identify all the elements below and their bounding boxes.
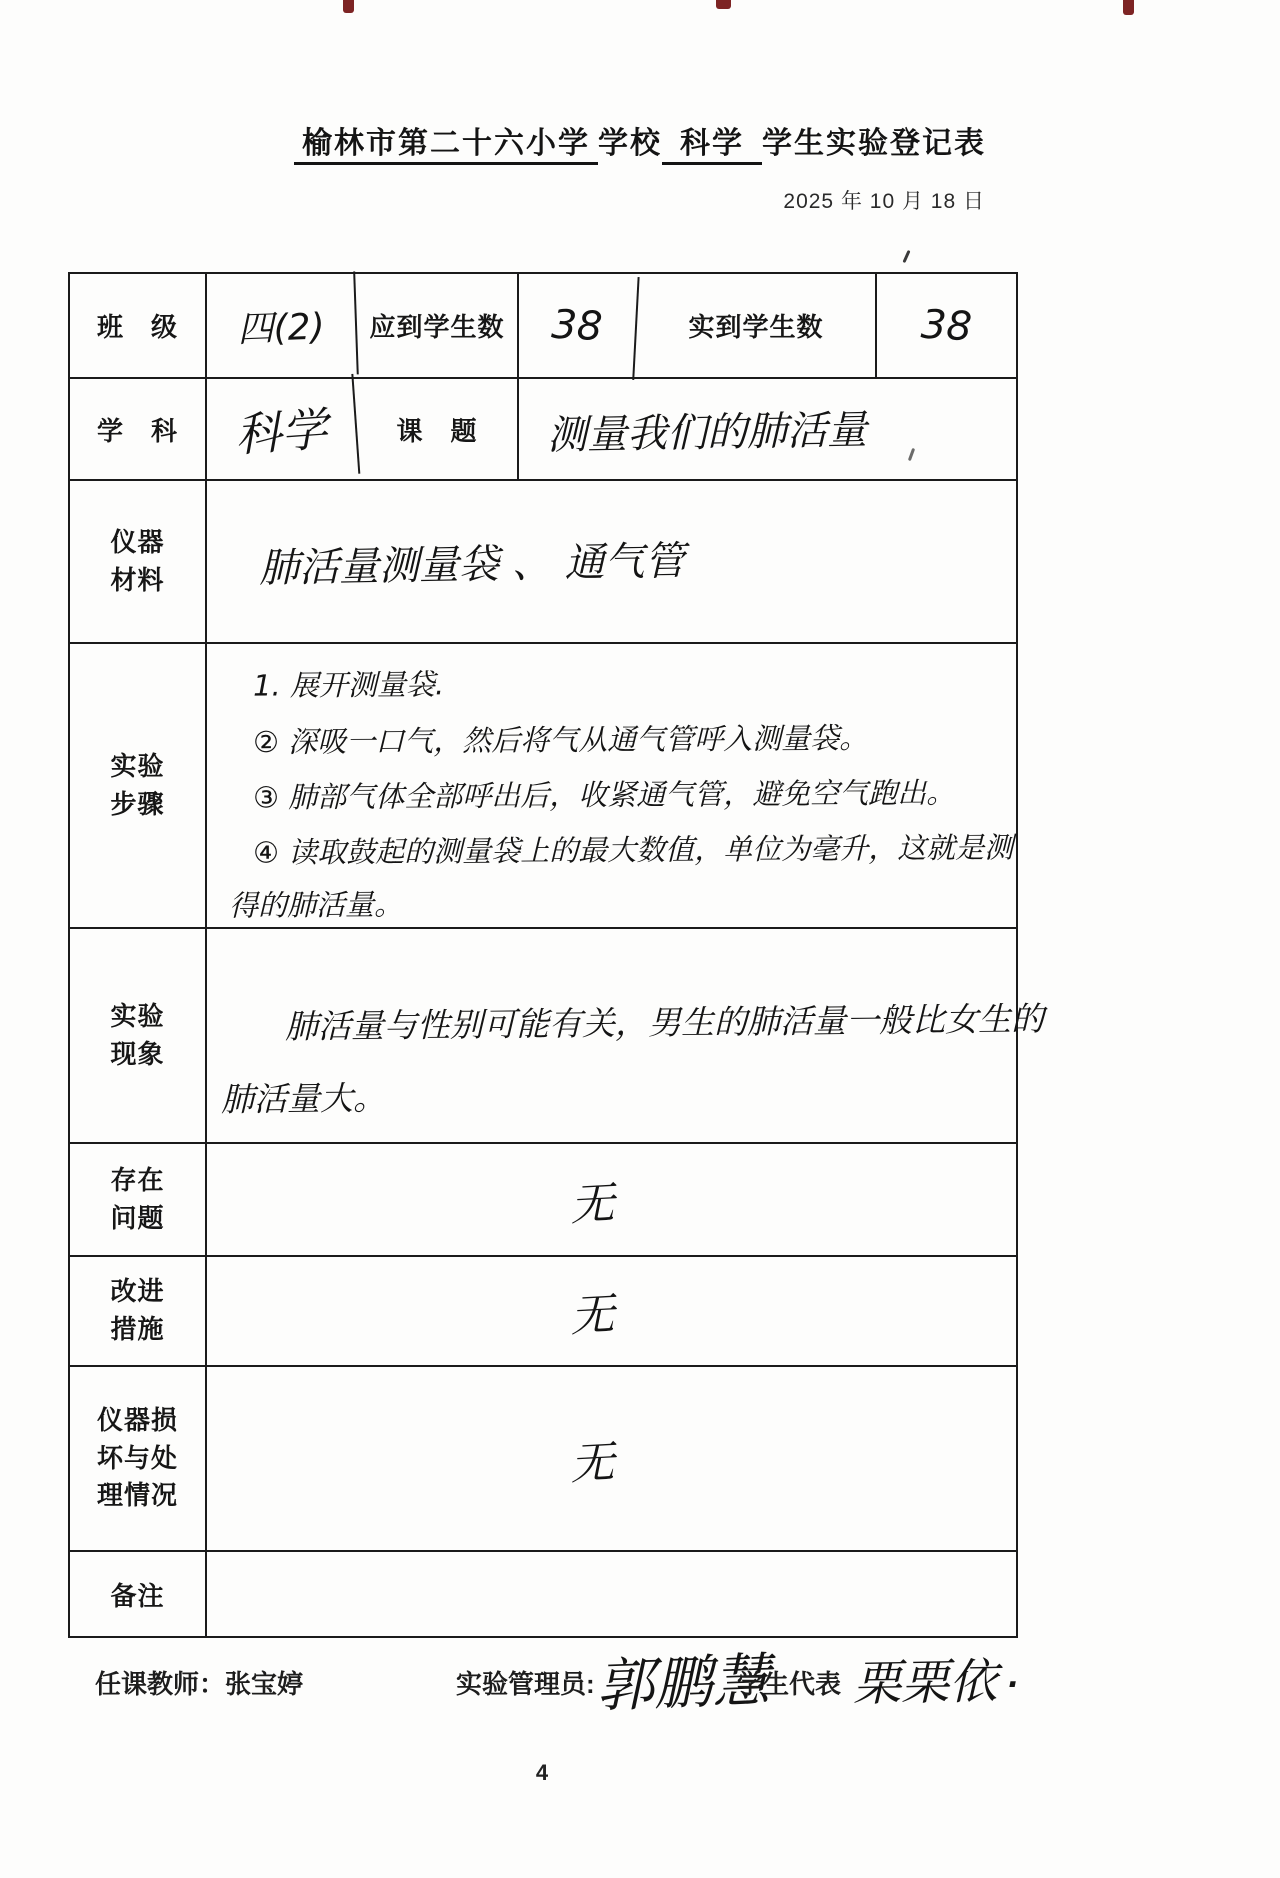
student-signature-handwritten: 栗栗依 [852, 1643, 997, 1715]
materials-value-cell: 肺活量测量袋 、 通气管 [207, 481, 1016, 642]
remarks-label: 备注 [70, 1552, 207, 1636]
scan-speck [716, 0, 731, 9]
title-form-name: 学生实验登记表 [762, 127, 986, 160]
step-line-2: ② 深吸一口气，然后将气从通气管呼入测量袋。 [253, 711, 869, 770]
topic-label: 课 题 [357, 379, 519, 479]
class-value-handwritten: 四(2) [205, 271, 359, 379]
manager-label: 实验管理员: [456, 1664, 595, 1701]
pen-mark [902, 250, 910, 263]
problems-value-cell: 无 [207, 1144, 1016, 1255]
phenomena-line-1: 肺活量与性别可能有关，男生的肺活量一般比女生的 [285, 981, 1045, 1065]
phenomena-label: 实验 现象 [70, 929, 207, 1142]
class-row: 班 级 四(2) 应到学生数 38 实到学生数 38 [70, 274, 1016, 377]
problems-value-handwritten: 无 [568, 1166, 615, 1232]
step-line-3: ③ 肺部气体全部呼出后，收紧通气管，避免空气跑出。 [253, 766, 956, 826]
teacher-line: 任课教师：张宝婷 [95, 1664, 303, 1701]
scan-speck [343, 0, 354, 13]
remarks-value-cell [207, 1552, 1016, 1636]
subject-row: 学 科 科学 课 题 测量我们的肺活量 [70, 377, 1016, 479]
improvements-value-handwritten: 无 [568, 1278, 615, 1344]
step-line-4: ④ 读取鼓起的测量袋上的最大数值，单位为毫升，这就是测 [253, 820, 1014, 880]
scanned-experiment-form: 榆林市第二十六小学学校科学学生实验登记表 2025 年 10 月 18 日 班 … [0, 0, 1280, 1878]
phenomena-row: 实验 现象 肺活量与性别可能有关，男生的肺活量一般比女生的 肺活量大。 [70, 927, 1016, 1142]
teacher-label: 任课教师： [95, 1669, 225, 1699]
step-line-5: 得的肺活量。 [229, 877, 403, 933]
improvements-row: 改进 措施 无 [70, 1255, 1016, 1365]
improvements-value-cell: 无 [207, 1257, 1016, 1365]
steps-label: 实验 步骤 [70, 644, 207, 927]
class-label: 班 级 [70, 274, 207, 377]
subject-label: 学 科 [70, 379, 207, 479]
registration-table: 班 级 四(2) 应到学生数 38 实到学生数 38 学 科 科学 课 题 测量… [68, 272, 1018, 1638]
school-name: 榆林市第二十六小学 [294, 127, 598, 165]
title-word-school: 学校 [598, 127, 662, 160]
subject-value-handwritten: 科学 [204, 374, 361, 484]
title-subject: 科学 [662, 127, 762, 165]
damage-value-cell: 无 [207, 1367, 1016, 1550]
step-line-1: 1. 展开测量袋. [253, 657, 444, 713]
topic-value-handwritten: 测量我们的肺活量 [547, 398, 868, 461]
topic-value-cell: 测量我们的肺活量 [519, 379, 1016, 479]
steps-value-cell: 1. 展开测量袋. ② 深吸一口气，然后将气从通气管呼入测量袋。 ③ 肺部气体全… [207, 644, 1031, 927]
improvements-label: 改进 措施 [70, 1257, 207, 1365]
steps-row: 实验 步骤 1. 展开测量袋. ② 深吸一口气，然后将气从通气管呼入测量袋。 ③… [70, 642, 1016, 927]
problems-row: 存在 问题 无 [70, 1142, 1016, 1255]
remarks-row: 备注 [70, 1550, 1016, 1636]
student-rep-label: 学生代表 [737, 1664, 841, 1701]
materials-label: 仪器 材料 [70, 481, 207, 642]
form-date: 2025 年 10 月 18 日 [783, 185, 985, 215]
page-number: 4 [530, 1760, 554, 1786]
actual-students-label: 实到学生数 [637, 274, 877, 377]
actual-students-value-handwritten: 38 [874, 270, 1018, 380]
expected-students-label: 应到学生数 [357, 274, 519, 377]
problems-label: 存在 问题 [70, 1144, 207, 1255]
scan-speck [1123, 0, 1134, 15]
expected-students-value-handwritten: 38 [516, 271, 639, 380]
teacher-name: 张宝婷 [225, 1669, 303, 1699]
damage-value-handwritten: 无 [568, 1425, 615, 1491]
signature-dot: . [1008, 1660, 1019, 1695]
phenomena-line-2: 肺活量大。 [221, 1060, 387, 1138]
damage-row: 仪器损 坏与处 理情况 无 [70, 1365, 1016, 1550]
form-title: 榆林市第二十六小学学校科学学生实验登记表 [0, 118, 1280, 162]
damage-label: 仪器损 坏与处 理情况 [70, 1367, 207, 1550]
materials-value-handwritten: 肺活量测量袋 、 通气管 [259, 529, 685, 593]
phenomena-value-cell: 肺活量与性别可能有关，男生的肺活量一般比女生的 肺活量大。 [207, 929, 1062, 1142]
materials-row: 仪器 材料 肺活量测量袋 、 通气管 [70, 479, 1016, 642]
